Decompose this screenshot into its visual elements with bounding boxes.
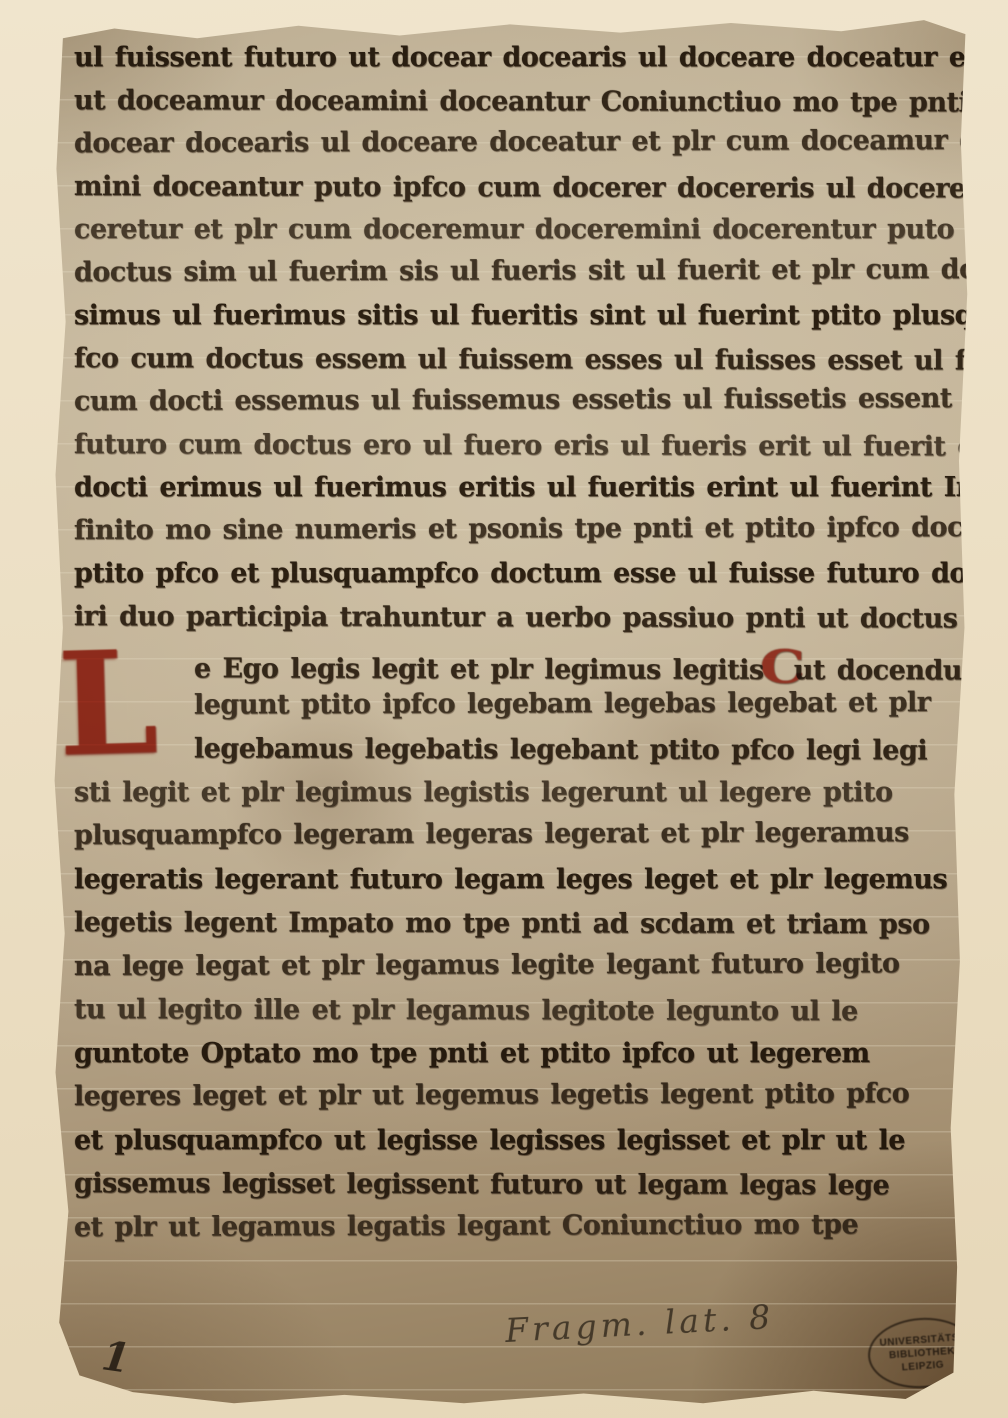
manuscript-line: et plr ut legamus legatis legant Coniunc… bbox=[74, 1202, 952, 1249]
manuscript-line: legeratis legerant futuro legam leges le… bbox=[74, 858, 952, 902]
manuscript-line: doctus sim ul fuerim sis ul fueris sit u… bbox=[74, 248, 952, 294]
manuscript-line: e Ego legis legit et plr legimus legitis… bbox=[74, 640, 952, 686]
text-block-doceo: ul fuissent futuro ut docear docearis ul… bbox=[74, 36, 952, 638]
folio-number: 1 bbox=[99, 1332, 133, 1382]
manuscript-line: mini doceantur puto ipfco cum docerer do… bbox=[74, 165, 952, 210]
manuscript-line: docear docearis ul doceare doceatur et p… bbox=[74, 119, 952, 165]
manuscript-line: legunt ptito ipfco legebam legebas legeb… bbox=[74, 680, 952, 727]
manuscript-line: ul fuissent futuro ut docear docearis ul… bbox=[74, 36, 952, 79]
manuscript-line: sti legit et plr legimus legistis legeru… bbox=[74, 771, 952, 815]
manuscript-line: tu ul legito ille et plr legamus legitot… bbox=[74, 988, 952, 1034]
manuscript-line: legetis legent Impato mo tpe pnti ad scd… bbox=[74, 901, 952, 947]
manuscript-line: ceretur et plr cum doceremur doceremini … bbox=[74, 208, 952, 251]
text-area: ul fuissent futuro ut docear docearis ul… bbox=[74, 36, 952, 1249]
manuscript-page: ul fuissent futuro ut docear docearis ul… bbox=[50, 16, 970, 1406]
pencil-shelfmark-annotation: Fragm. lat. 8 bbox=[504, 1297, 775, 1350]
manuscript-line: fco cum doctus essem ul fuissem esses ul… bbox=[74, 337, 952, 382]
manuscript-line: futuro cum doctus ero ul fuero eris ul f… bbox=[74, 423, 952, 468]
manuscript-line: iri duo participia trahuntur a uerbo pas… bbox=[74, 595, 952, 640]
stamp-line-3: LEIPZIG bbox=[901, 1358, 944, 1374]
text-block-lego: L e Ego legis legit et plr legimus legit… bbox=[74, 640, 952, 1249]
manuscript-line: et plusquampfco ut legisse legisses legi… bbox=[74, 1119, 952, 1163]
library-stamp: UNIVERSITÄTS- BIBLIOTHEK LEIPZIG bbox=[866, 1314, 979, 1391]
manuscript-line: cum docti essemus ul fuissemus essetis u… bbox=[74, 377, 952, 423]
manuscript-line: docti erimus ul fuerimus eritis ul fueri… bbox=[74, 466, 952, 509]
manuscript-line: gissemus legisset legissent futuro ut le… bbox=[74, 1162, 952, 1208]
manuscript-line: plusquampfco legeram legeras legerat et … bbox=[74, 811, 952, 858]
manuscript-line: ut doceamur doceamini doceantur Coniunct… bbox=[74, 79, 952, 124]
manuscript-line: legebamus legebatis legebant ptito pfco … bbox=[74, 727, 952, 773]
manuscript-line: finito mo sine numeris et psonis tpe pnt… bbox=[74, 506, 952, 552]
manuscript-line: ptito pfco et plusquampfco doctum esse u… bbox=[74, 552, 952, 595]
manuscript-line: simus ul fuerimus sitis ul fueritis sint… bbox=[74, 294, 952, 337]
manuscript-line: guntote Optato mo tpe pnti et ptito ipfc… bbox=[74, 1032, 952, 1076]
manuscript-line: legeres leget et plr ut legemus legetis … bbox=[74, 1072, 952, 1119]
manuscript-line: na lege legat et plr legamus legite lega… bbox=[74, 941, 952, 988]
